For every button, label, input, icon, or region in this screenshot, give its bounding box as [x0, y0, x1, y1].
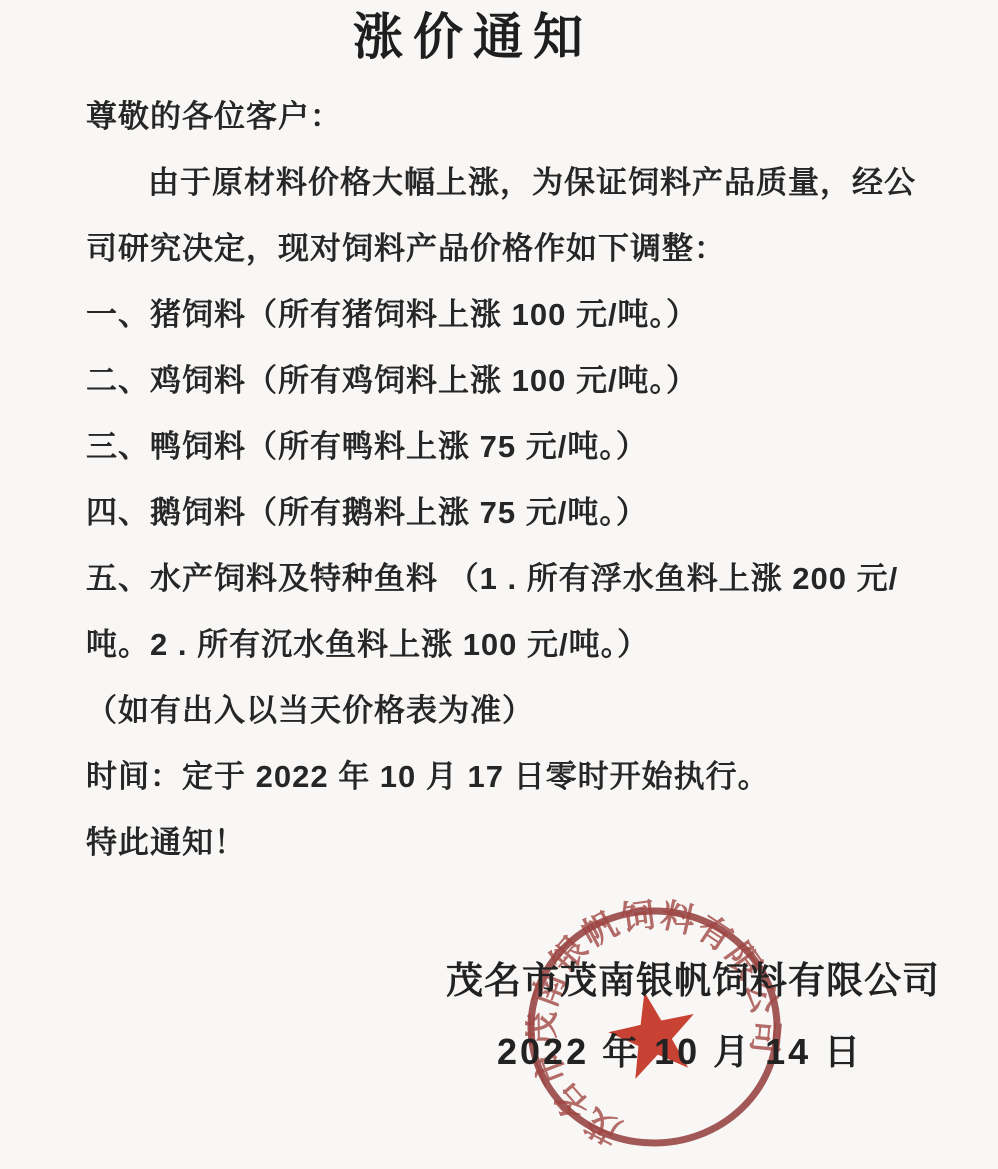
notice-body: 尊敬的各位客户： 由于原材料价格大幅上涨，为保证饲料产品质量，经公 司研究决定，… — [86, 84, 940, 876]
price-item-chicken: 二、鸡饲料（所有鸡饲料上涨 100 元/吨。） — [86, 348, 940, 414]
notice-document: 涨价通知 尊敬的各位客户： 由于原材料价格大幅上涨，为保证饲料产品质量，经公 司… — [86, 0, 940, 876]
price-item-aqua-line-1: 五、水产饲料及特种鱼料 （1 . 所有浮水鱼料上涨 200 元/ — [86, 546, 940, 612]
effective-time: 时间：定于 2022 年 10 月 17 日零时开始执行。 — [86, 744, 940, 810]
intro-line-1: 由于原材料价格大幅上涨，为保证饲料产品质量，经公 — [86, 150, 940, 216]
page-title: 涨价通知 — [46, 8, 900, 66]
company-name: 茂名市茂南银帆饲料有限公司 — [446, 950, 940, 1004]
closing: 特此通知！ — [86, 810, 940, 876]
issue-date: 2022 年 10 月 14 日 — [497, 1024, 863, 1075]
price-item-goose: 四、鹅饲料（所有鹅料上涨 75 元/吨。） — [86, 480, 940, 546]
intro-line-2: 司研究决定，现对饲料产品价格作如下调整： — [86, 216, 940, 282]
notice-page: 涨价通知 尊敬的各位客户： 由于原材料价格大幅上涨，为保证饲料产品质量，经公 司… — [0, 0, 998, 1169]
salutation: 尊敬的各位客户： — [86, 84, 940, 150]
discrepancy-note: （如有出入以当天价格表为准） — [86, 678, 940, 744]
price-item-pig: 一、猪饲料（所有猪饲料上涨 100 元/吨。） — [86, 282, 940, 348]
price-item-duck: 三、鸭饲料（所有鸭料上涨 75 元/吨。） — [86, 414, 940, 480]
price-item-aqua-line-2: 吨。2 . 所有沉水鱼料上涨 100 元/吨。） — [86, 612, 940, 678]
